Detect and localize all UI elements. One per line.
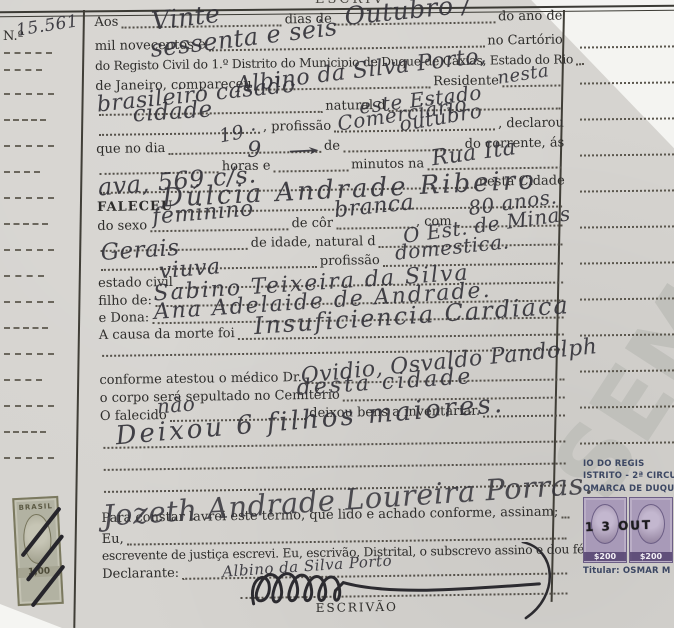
escrivao-signature — [239, 541, 570, 624]
registry-stamp-block: IO DO REGIS ISTRITO - 2ª CIRCU OMARCA DE… — [583, 458, 674, 577]
stamp-value: $200 — [630, 552, 672, 561]
hw-minutes-mark: → — [286, 140, 323, 161]
stamp-value: $200 — [584, 552, 626, 561]
registry-revenue-stamps: $200 $200 1 3 OUT — [583, 497, 674, 563]
registry-stamp-line3: OMARCA DE DUQUE D — [583, 483, 674, 495]
hw-clerk-signature: Jozeth Andrade Loureira Porras. — [102, 466, 595, 533]
form-body: Aos dias de do ano de mil novecentos e n… — [0, 0, 674, 628]
death-certificate-scan: SEM VA ESCRIV N.º 15.561 Aos dias de — [0, 0, 674, 628]
revenue-stamp-country: BRASIL — [15, 502, 57, 512]
registry-stamp-line2: ISTRITO - 2ª CIRCU — [583, 470, 674, 482]
form-line-blank — [101, 459, 569, 472]
hw-month: Outubro / — [343, 0, 472, 31]
registry-stamp-titular: Titular: OSMAR M — [583, 565, 674, 577]
hw-hour: 9 — [247, 138, 262, 163]
date-stamp: 1 3 OUT — [585, 518, 653, 534]
hw-residence2: cidade — [132, 96, 214, 127]
registry-stamp-line1: IO DO REGIS — [583, 458, 674, 470]
